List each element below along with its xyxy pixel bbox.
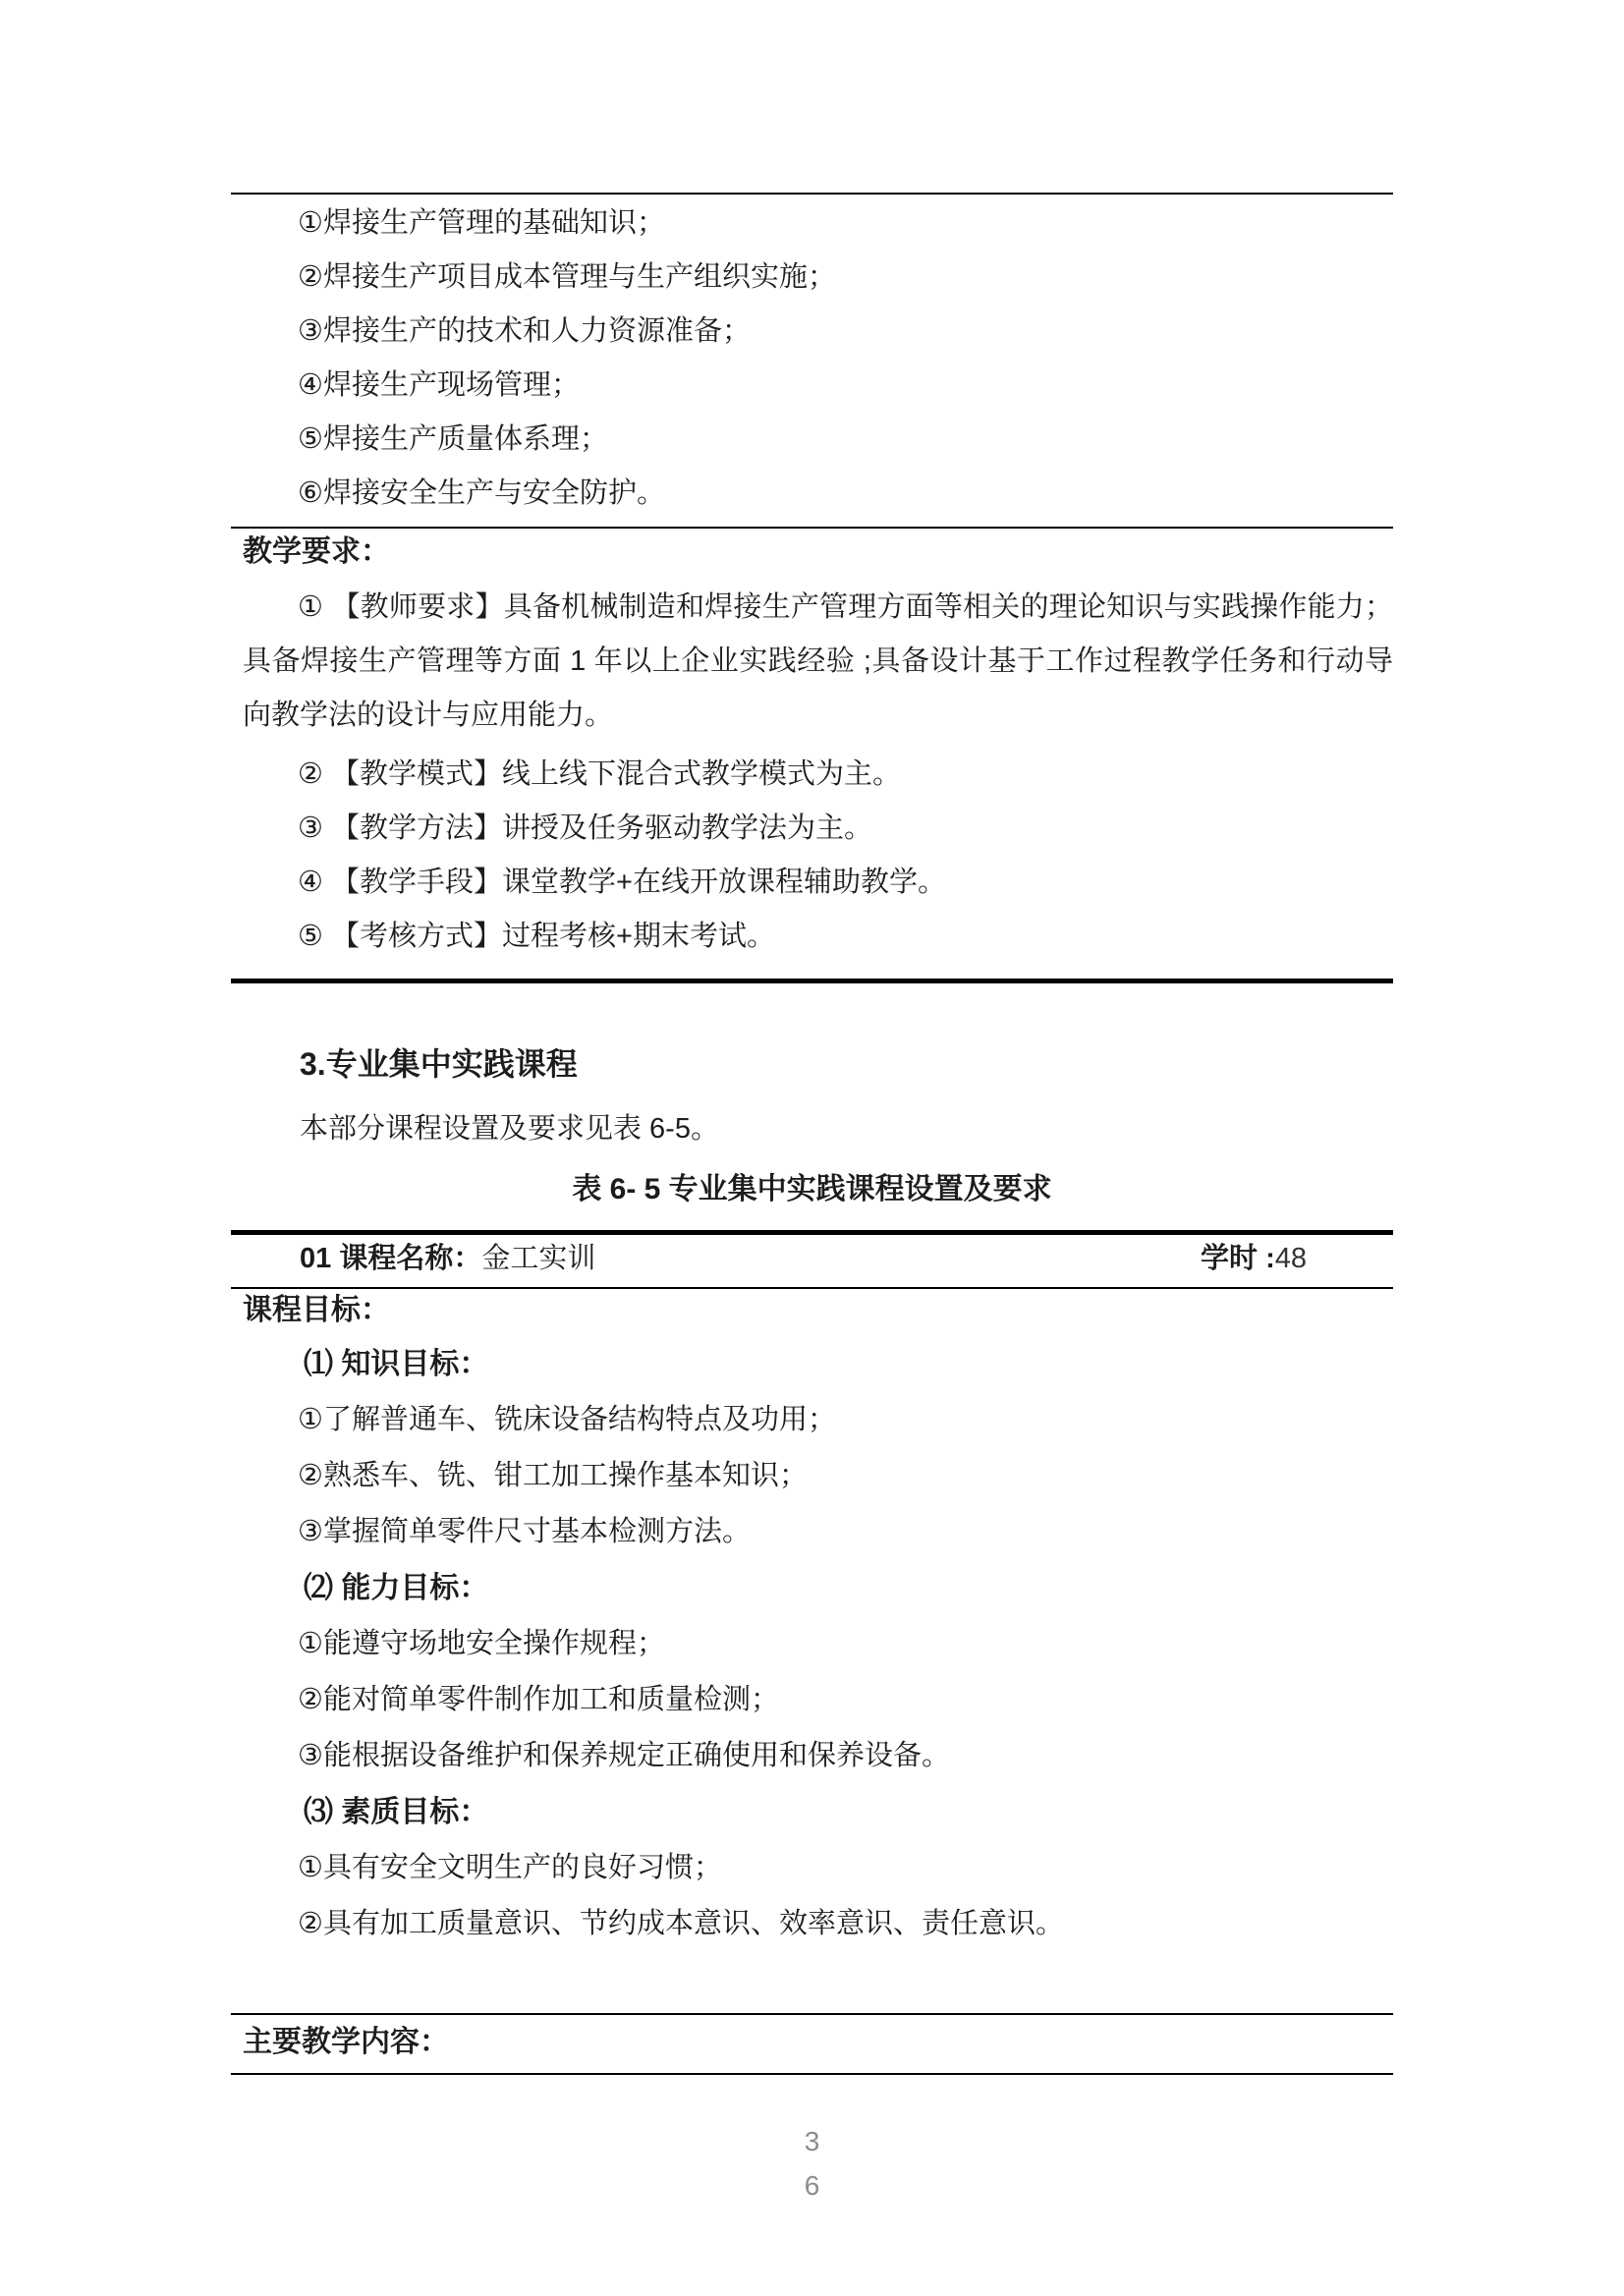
- table-caption: 表 6- 5 专业集中实践课程设置及要求: [231, 1166, 1393, 1213]
- ability-goals-label: ⑵ 能力目标：: [231, 1560, 1393, 1616]
- knowledge-goal-1: ①了解普通车、铣床设备结构特点及功用；: [231, 1392, 1393, 1448]
- assessment-item: ⑤ 【考核方式】过程考核+期末考试。: [231, 910, 1393, 964]
- course-header-row: 01 课程名称：金工实训 学时 :48: [231, 1235, 1393, 1282]
- content-item-5: ⑤焊接生产质量体系理；: [231, 413, 1393, 467]
- knowledge-goal-2: ②熟悉车、铣、钳工加工操作基本知识；: [231, 1448, 1393, 1504]
- content-item-2: ②焊接生产项目成本管理与生产组织实施；: [231, 251, 1393, 305]
- course-number-label: 01 课程名称：: [300, 1243, 481, 1274]
- teaching-requirements-label: 教学要求：: [231, 529, 1393, 576]
- main-teaching-content-label: 主要教学内容：: [231, 2015, 1393, 2070]
- course-content-list: ①焊接生产管理的基础知识； ②焊接生产项目成本管理与生产组织实施； ③焊接生产的…: [231, 196, 1393, 521]
- course-name: 金工实训: [481, 1243, 595, 1274]
- knowledge-goals-label: ⑴ 知识目标：: [231, 1336, 1393, 1392]
- content-item-4: ④焊接生产现场管理；: [231, 359, 1393, 413]
- ability-goal-3: ③能根据设备维护和保养规定正确使用和保养设备。: [231, 1728, 1393, 1784]
- page-number-bottom: 6: [231, 2163, 1393, 2208]
- document-page: ①焊接生产管理的基础知识； ②焊接生产项目成本管理与生产组织实施； ③焊接生产的…: [0, 0, 1624, 2296]
- teaching-means-item: ④ 【教学手段】课堂教学+在线开放课程辅助教学。: [231, 856, 1393, 910]
- table-bottom-rule: [231, 979, 1393, 983]
- section-heading: 3.专业集中实践课程: [300, 1040, 1393, 1088]
- course-name-cell: 01 课程名称：金工实训: [300, 1235, 595, 1282]
- knowledge-goal-3: ③掌握简单零件尺寸基本检测方法。: [231, 1504, 1393, 1560]
- content-item-3: ③焊接生产的技术和人力资源准备；: [231, 305, 1393, 359]
- quality-goals-label: ⑶ 素质目标：: [231, 1784, 1393, 1840]
- hours-label: 学时 :: [1201, 1243, 1275, 1274]
- quality-goal-1: ①具有安全文明生产的良好习惯；: [231, 1840, 1393, 1896]
- table-rule: [231, 2073, 1393, 2075]
- document-content: ①焊接生产管理的基础知识； ②焊接生产项目成本管理与生产组织实施； ③焊接生产的…: [231, 0, 1393, 2208]
- page-footer: 3 6: [231, 2119, 1393, 2208]
- teacher-requirement-paragraph: ① 【教师要求】具备机械制造和焊接生产管理方面等相关的理论知识与实践操作能力；具…: [231, 581, 1393, 743]
- ability-goal-1: ①能遵守场地安全操作规程；: [231, 1616, 1393, 1672]
- table-rule: [231, 193, 1393, 195]
- ability-goal-2: ②能对简单零件制作加工和质量检测；: [231, 1672, 1393, 1728]
- section-intro: 本部分课程设置及要求见表 6-5。: [300, 1102, 1393, 1156]
- course-hours-cell: 学时 :48: [1201, 1235, 1307, 1282]
- course-objectives-label: 课程目标：: [231, 1289, 1393, 1332]
- course-objectives: ⑴ 知识目标： ①了解普通车、铣床设备结构特点及功用； ②熟悉车、铣、钳工加工操…: [231, 1336, 1393, 1952]
- teaching-requirements-list: ② 【教学模式】线上线下混合式教学模式为主。 ③ 【教学方法】讲授及任务驱动教学…: [231, 748, 1393, 964]
- content-item-1: ①焊接生产管理的基础知识；: [231, 196, 1393, 251]
- page-number-top: 3: [231, 2119, 1393, 2163]
- quality-goal-2: ②具有加工质量意识、节约成本意识、效率意识、责任意识。: [231, 1896, 1393, 1952]
- hours-value: 48: [1275, 1243, 1307, 1274]
- content-item-6: ⑥焊接安全生产与安全防护。: [231, 467, 1393, 521]
- teaching-method-item: ③ 【教学方法】讲授及任务驱动教学法为主。: [231, 802, 1393, 856]
- teaching-mode-item: ② 【教学模式】线上线下混合式教学模式为主。: [231, 748, 1393, 802]
